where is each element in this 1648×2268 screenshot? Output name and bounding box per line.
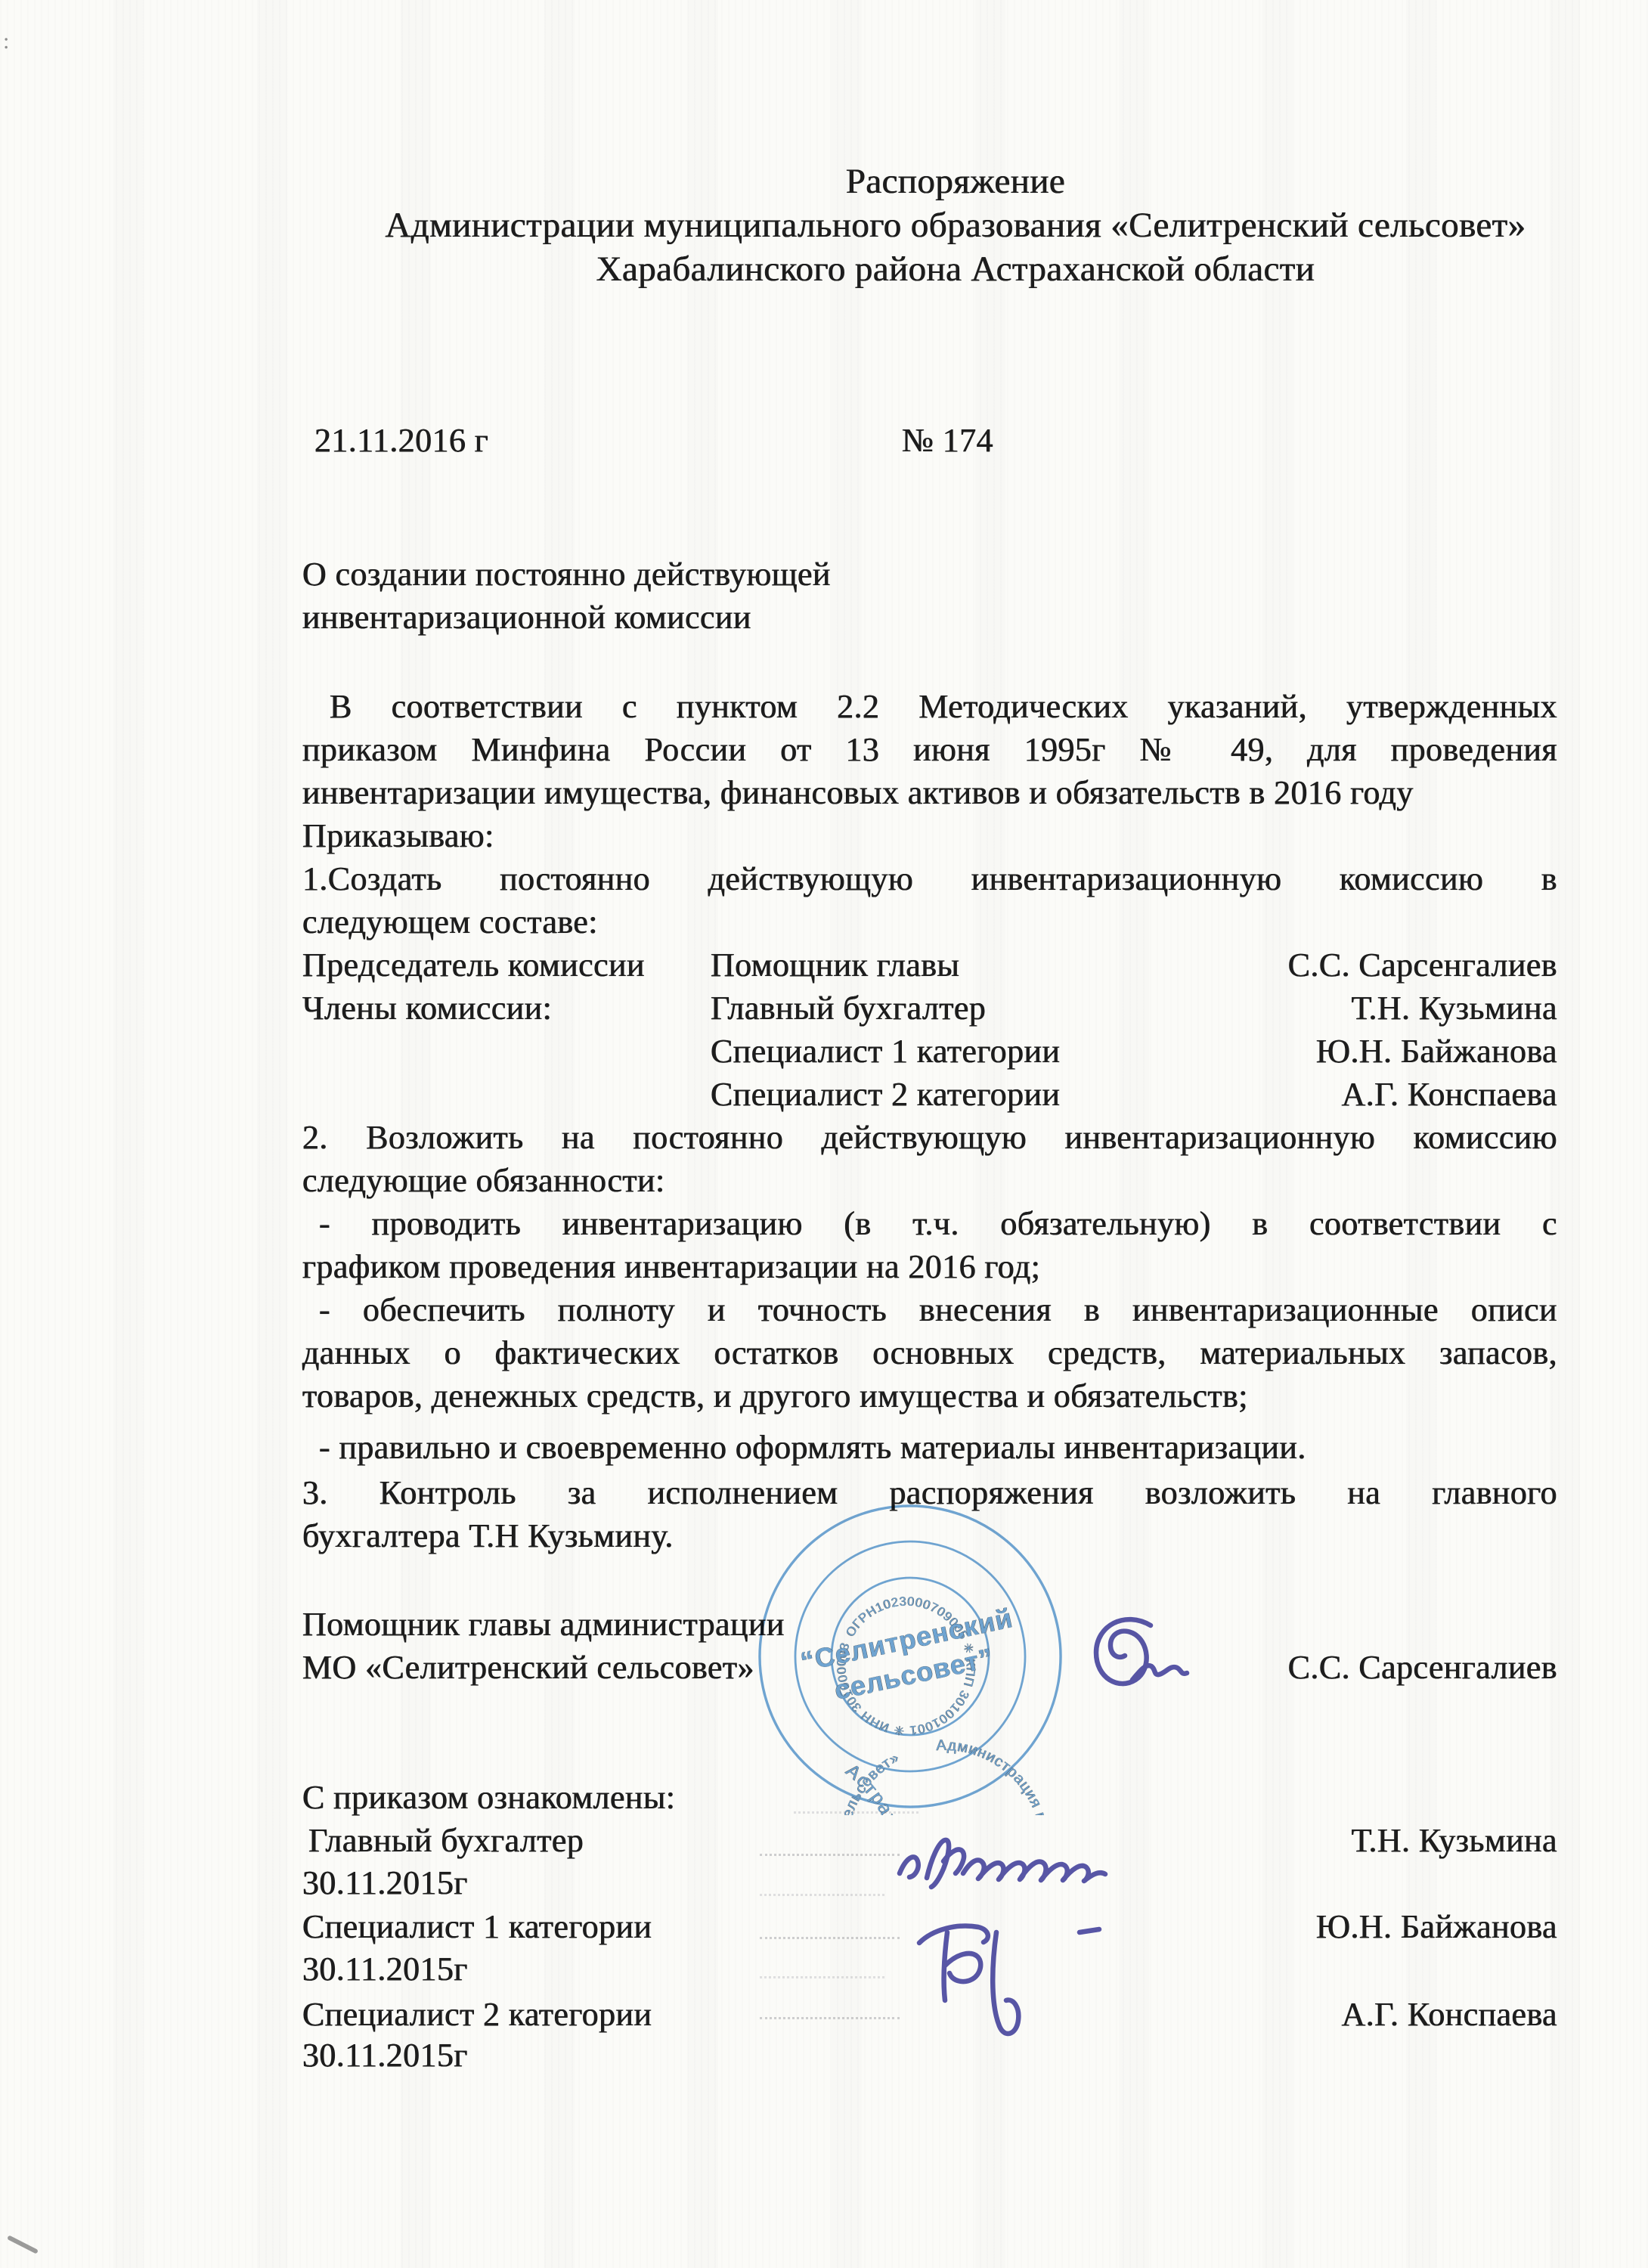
- body-line: 1.Создать постоянно действующую инвентар…: [302, 857, 1557, 900]
- commission-role: Члены комиссии:: [302, 987, 552, 1030]
- duty-item-2: - обеспечить полноту и точность внесения…: [302, 1288, 1557, 1417]
- body-line: приказом Минфина России от 13 июня 1995г…: [302, 728, 1557, 771]
- commission-row: Члены комиссии: Главный бухгалтер Т.Н. К…: [302, 987, 1557, 1030]
- document-date: 21.11.2016 г: [314, 419, 488, 462]
- official-round-stamp: Астраханская обл. Харабалинский р-он. с.…: [751, 1498, 1069, 1815]
- acknowledgement-heading-text: С приказом ознакомлены:: [302, 1776, 1557, 1819]
- dotted-line-artifact: [760, 2017, 900, 2019]
- document-type-title: Распоряжение: [328, 160, 1583, 203]
- ack-name: А.Г. Конспаева: [1342, 1993, 1557, 2036]
- ack-name: Ю.Н. Байжанова: [1316, 1905, 1557, 1948]
- acknowledgement-row: Специалист 2 категории А.Г. Конспаева: [302, 1993, 1557, 2036]
- commission-row: Специалист 1 категории Ю.Н. Байжанова: [302, 1030, 1557, 1073]
- ack-position: Специалист 2 категории: [302, 1993, 652, 2036]
- document-subject: О создании постоянно действующей инвента…: [302, 553, 1557, 639]
- duty-item-1: - проводить инвентаризацию (в т.ч. обяза…: [302, 1202, 1557, 1288]
- signatory-name: С.С. Сарсенгалиев: [1288, 1646, 1557, 1689]
- document-header: Распоряжение Администрации муниципальног…: [302, 160, 1583, 291]
- body-line: данных о фактических остатков основных с…: [302, 1331, 1557, 1374]
- ack-position: Специалист 1 категории: [302, 1905, 652, 1948]
- ack-name: Т.Н. Кузьмина: [1352, 1819, 1557, 1862]
- body-line: Приказываю:: [302, 814, 1557, 857]
- ack-position: Главный бухгалтер: [308, 1819, 584, 1862]
- acknowledgement-date: 30.11.2015г: [302, 2034, 1557, 2077]
- commission-row: Председатель комиссии Помощник главы С.С…: [302, 943, 1557, 987]
- commission-name: Т.Н. Кузьмина: [1352, 987, 1557, 1030]
- body-line: следующие обязанности:: [302, 1159, 1557, 1202]
- ack-date-text: 30.11.2015г: [302, 1861, 1557, 1904]
- document-number: № 174: [902, 419, 993, 462]
- signature-sarsengaliev: [1043, 1609, 1194, 1699]
- acknowledgement-row: Специалист 1 категории Ю.Н. Байжанова: [302, 1905, 1557, 1948]
- acknowledgement-heading: С приказом ознакомлены:: [302, 1776, 1557, 1819]
- commission-row: Специалист 2 категории А.Г. Конспаева: [302, 1073, 1557, 1116]
- commission-name: А.Г. Конспаева: [1342, 1073, 1557, 1116]
- body-line: 2. Возложить на постоянно действующую ин…: [302, 1116, 1557, 1159]
- commission-name: С.С. Сарсенгалиев: [1288, 943, 1557, 987]
- commission-role: Председатель комиссии: [302, 943, 645, 987]
- order-item-2: 2. Возложить на постоянно действующую ин…: [302, 1116, 1557, 1202]
- body-line: - проводить инвентаризацию (в т.ч. обяза…: [302, 1202, 1557, 1245]
- ack-date-text: 30.11.2015г: [302, 2034, 1557, 2077]
- dotted-line-artifact: [760, 1854, 900, 1856]
- body-line: графиком проведения инвентаризации на 20…: [302, 1245, 1557, 1288]
- body-line: инвентаризации имущества, финансовых акт…: [302, 771, 1557, 814]
- order-item-1: 1.Создать постоянно действующую инвентар…: [302, 857, 1557, 943]
- order-word: Приказываю:: [302, 814, 1557, 857]
- dotted-line-artifact: [760, 1937, 900, 1939]
- body-line: товаров, денежных средств, и другого иму…: [302, 1374, 1557, 1417]
- preamble-paragraph: В соответствии с пунктом 2.2 Методически…: [302, 685, 1557, 814]
- scan-edge-artifact: [7, 2235, 39, 2254]
- commission-position: Помощник главы: [711, 943, 959, 987]
- scan-speck: :: [3, 29, 9, 54]
- ack-date-text: 30.11.2015г: [302, 1947, 1557, 1991]
- dotted-line-artifact: [794, 1811, 918, 1814]
- commission-table: Председатель комиссии Помощник главы С.С…: [302, 943, 1557, 1116]
- body-line: - правильно и своевременно оформлять мат…: [302, 1426, 1557, 1469]
- commission-name: Ю.Н. Байжанова: [1316, 1030, 1557, 1073]
- commission-position: Специалист 2 категории: [711, 1073, 1060, 1116]
- duty-item-3: - правильно и своевременно оформлять мат…: [302, 1426, 1557, 1469]
- subject-line: О создании постоянно действующей: [302, 553, 1557, 596]
- subject-line: инвентаризационной комиссии: [302, 596, 1557, 639]
- dotted-line-artifact: [760, 1976, 884, 1978]
- authority-region: Харабалинского района Астраханской облас…: [328, 247, 1583, 291]
- body-line: следующем составе:: [302, 900, 1557, 943]
- dotted-line-artifact: [760, 1894, 884, 1896]
- body-line: - обеспечить полноту и точность внесения…: [302, 1288, 1557, 1331]
- acknowledgement-row: Главный бухгалтер Т.Н. Кузьмина: [302, 1819, 1557, 1862]
- commission-position: Главный бухгалтер: [711, 987, 986, 1030]
- acknowledgement-date: 30.11.2015г: [302, 1947, 1557, 1991]
- body-line: В соответствии с пунктом 2.2 Методически…: [302, 685, 1557, 728]
- scanned-document-page: : Распоряжение Администрации муниципальн…: [0, 0, 1648, 2268]
- acknowledgement-date: 30.11.2015г: [302, 1861, 1557, 1904]
- date-number-row: 21.11.2016 г № 174: [302, 419, 1557, 462]
- issuing-authority: Администрации муниципального образования…: [328, 203, 1583, 247]
- commission-position: Специалист 1 категории: [711, 1030, 1060, 1073]
